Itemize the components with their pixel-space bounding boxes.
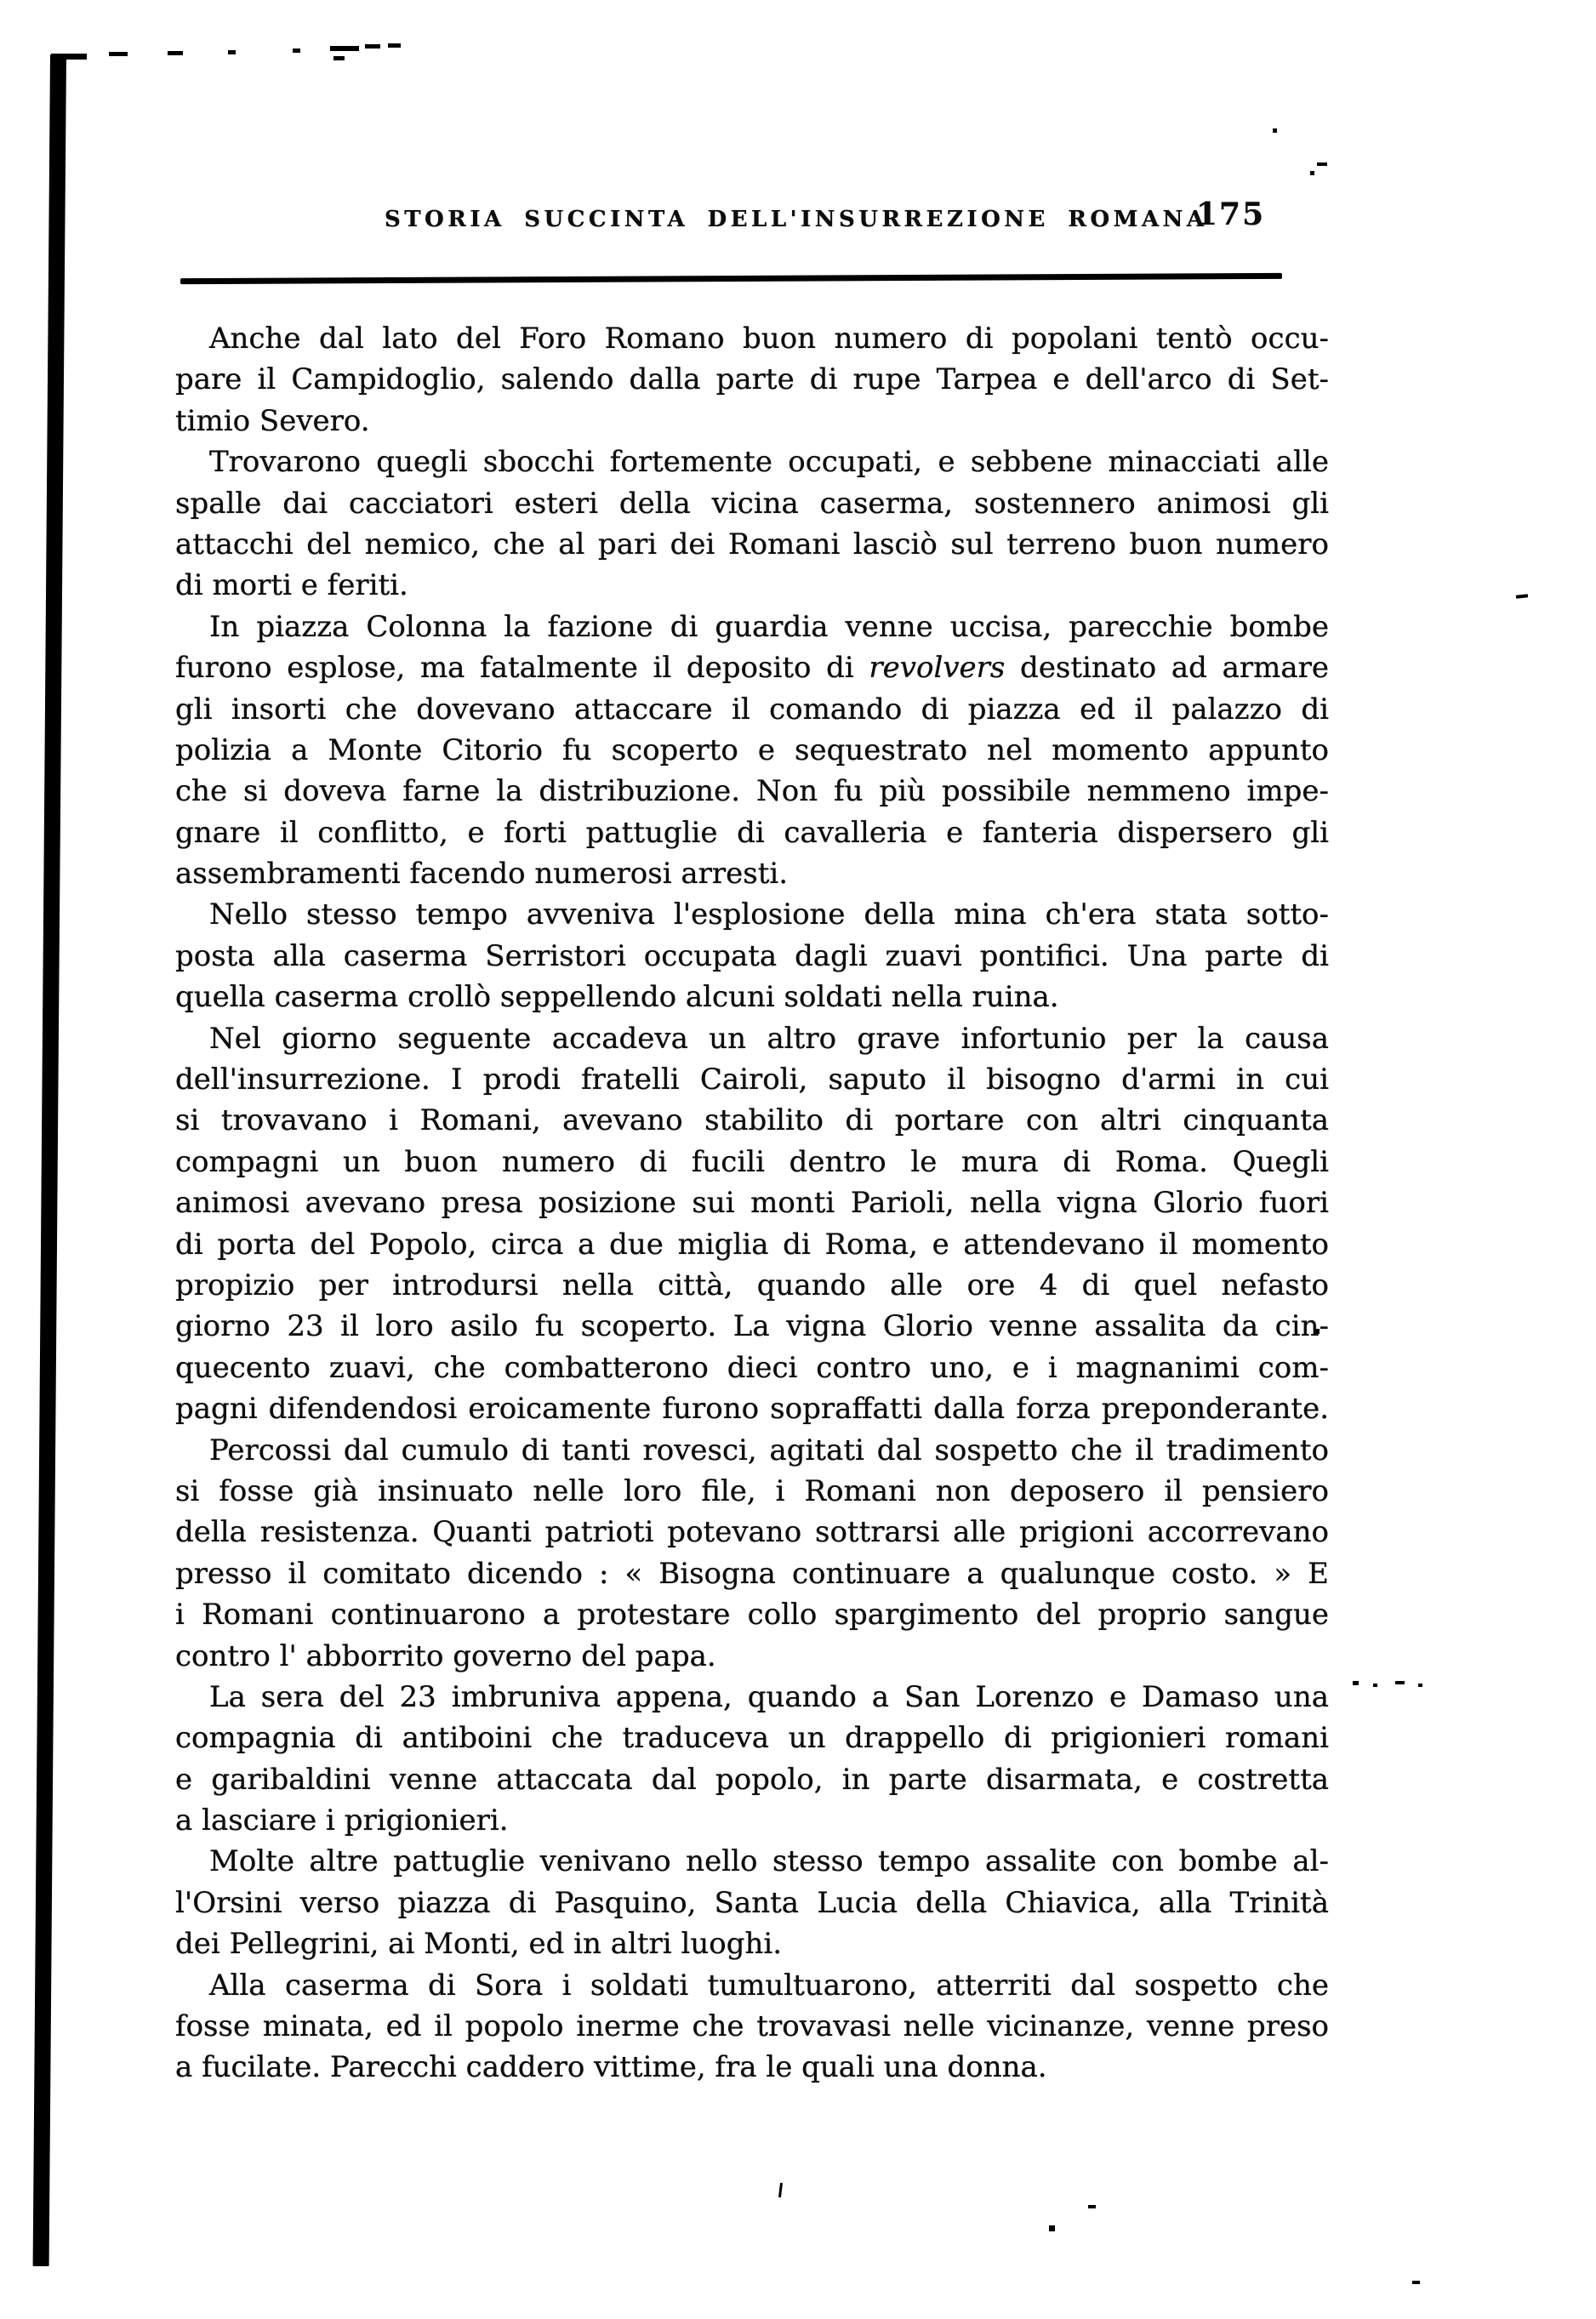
text-line: di porta del Popolo, circa a due miglia …: [175, 1224, 1329, 1265]
text-segment: a fucilate. Parecchi caddero vittime, fr…: [175, 2050, 1047, 2084]
text-segment: furono esplose, ma fatalmente il deposit…: [175, 651, 869, 685]
scan-speck: [1049, 2225, 1055, 2231]
scan-speck: [228, 50, 236, 54]
text-segment: pagni difendendosi eroicamente furono so…: [175, 1392, 1329, 1426]
text-segment: giorno 23 il loro asilo fu scoperto. La …: [175, 1309, 1329, 1343]
text-segment: spalle dai cacciatori esteri della vicin…: [175, 487, 1329, 521]
text-line: si fosse già insinuato nelle loro file, …: [175, 1471, 1329, 1512]
text-segment: compagnia di antiboini che traduceva un …: [175, 1721, 1329, 1755]
text-segment: assembramenti facendo numerosi arresti.: [175, 857, 788, 891]
text-segment: fosse minata, ed il popolo inerme che tr…: [175, 2009, 1329, 2043]
text-segment: di morti e feriti.: [175, 568, 408, 602]
text-line: i Romani continuarono a protestare collo…: [175, 1594, 1329, 1635]
text-line: che si doveva farne la distribuzione. No…: [175, 771, 1329, 812]
paragraph: Trovarono quegli sbocchi fortemente occu…: [175, 442, 1329, 607]
scan-edge-bar: [33, 54, 66, 2266]
text-segment: La sera del 23 imbruniva appena, quando …: [209, 1680, 1329, 1714]
text-line: Percossi dal cumulo di tanti rovesci, ag…: [175, 1430, 1329, 1471]
paragraph: Anche dal lato del Foro Romano buon nume…: [175, 318, 1329, 442]
text-segment: dei Pellegrini, ai Monti, ed in altri lu…: [175, 1927, 782, 1961]
text-segment: quecento zuavi, che combatterono dieci c…: [175, 1351, 1329, 1385]
text-segment: della resistenza. Quanti patrioti poteva…: [175, 1515, 1329, 1549]
text-line: contro l' abborrito governo del papa.: [175, 1636, 1329, 1677]
scan-speck: [333, 56, 345, 60]
text-segment: l'Orsini verso piazza di Pasquino, Santa…: [175, 1886, 1329, 1920]
page-text-column: Anche dal lato del Foro Romano buon nume…: [175, 318, 1329, 2088]
text-segment: e garibaldini venne attaccata dal popolo…: [175, 1763, 1329, 1797]
paragraph: La sera del 23 imbruniva appena, quando …: [175, 1677, 1329, 1842]
scan-speck: [1516, 594, 1528, 598]
text-line: posta alla caserma Serristori occupata d…: [175, 936, 1329, 977]
text-line: e garibaldini venne attaccata dal popolo…: [175, 1759, 1329, 1800]
text-line: a fucilate. Parecchi caddero vittime, fr…: [175, 2047, 1329, 2088]
scan-speck: [388, 43, 401, 48]
text-line: Nello stesso tempo avveniva l'esplosione…: [175, 894, 1329, 935]
paragraph: Nel giorno seguente accadeva un altro gr…: [175, 1018, 1329, 1430]
text-line: dei Pellegrini, ai Monti, ed in altri lu…: [175, 1923, 1329, 1964]
text-line: quecento zuavi, che combatterono dieci c…: [175, 1348, 1329, 1388]
scan-speck: [109, 52, 128, 56]
scan-speck: [168, 51, 183, 55]
text-line: compagnia di antiboini che traduceva un …: [175, 1718, 1329, 1758]
page-number: 175: [1196, 197, 1265, 232]
text-segment: contro l' abborrito governo del papa.: [175, 1639, 716, 1673]
text-segment: destinato ad armare: [1005, 651, 1329, 685]
text-segment: si trovavano i Romani, avevano stabilito…: [175, 1103, 1329, 1137]
scan-speck: [1317, 162, 1327, 166]
scan-speck: [330, 46, 359, 51]
text-line: di morti e feriti.: [175, 565, 1329, 606]
scan-speck: [51, 54, 87, 60]
text-line: pagni difendendosi eroicamente furono so…: [175, 1388, 1329, 1429]
text-segment: che si doveva farne la distribuzione. No…: [175, 774, 1329, 808]
scan-speck: [1353, 1681, 1359, 1685]
text-segment: Nel giorno seguente accadeva un altro gr…: [209, 1022, 1329, 1056]
text-segment: di porta del Popolo, circa a due miglia …: [175, 1228, 1329, 1262]
text-line: gli insorti che dovevano attaccare il co…: [175, 689, 1329, 730]
text-line: propizio per introdursi nella città, qua…: [175, 1265, 1329, 1306]
text-segment: In piazza Colonna la fazione di guardia …: [209, 610, 1329, 644]
text-line: gnare il conflitto, e forti pattuglie di…: [175, 812, 1329, 853]
text-segment: gli insorti che dovevano attaccare il co…: [175, 692, 1329, 726]
text-line: giorno 23 il loro asilo fu scoperto. La …: [175, 1306, 1329, 1347]
text-line: Trovarono quegli sbocchi fortemente occu…: [175, 442, 1329, 482]
text-line: dell'insurrezione. I prodi fratelli Cair…: [175, 1059, 1329, 1100]
text-line: assembramenti facendo numerosi arresti.: [175, 853, 1329, 894]
text-segment: gnare il conflitto, e forti pattuglie di…: [175, 816, 1329, 850]
text-line: La sera del 23 imbruniva appena, quando …: [175, 1677, 1329, 1718]
text-segment: presso il comitato dicendo : « Bisogna c…: [175, 1557, 1329, 1591]
scan-speck: [1310, 171, 1314, 175]
text-segment: animosi avevano presa posizione sui mont…: [175, 1186, 1329, 1220]
text-segment: propizio per introdursi nella città, qua…: [175, 1268, 1329, 1302]
text-line: In piazza Colonna la fazione di guardia …: [175, 607, 1329, 647]
text-segment: a lasciare i prigionieri.: [175, 1803, 509, 1838]
scan-speck: [1412, 2281, 1420, 2284]
text-line: fosse minata, ed il popolo inerme che tr…: [175, 2006, 1329, 2047]
text-line: a lasciare i prigionieri.: [175, 1800, 1329, 1841]
text-line: pare il Campidoglio, salendo dalla parte…: [175, 359, 1329, 400]
text-segment: Molte altre pattuglie venivano nello ste…: [209, 1844, 1329, 1878]
text-segment: si fosse già insinuato nelle loro file, …: [175, 1474, 1329, 1508]
scan-speck: [293, 48, 300, 53]
text-line: Anche dal lato del Foro Romano buon nume…: [175, 318, 1329, 359]
text-segment: quella caserma crollò seppellendo alcuni…: [175, 980, 1059, 1014]
text-segment: Alla caserma di Sora i soldati tumultuar…: [209, 1969, 1329, 2003]
text-segment: timio Severo.: [175, 404, 370, 438]
text-line: della resistenza. Quanti patrioti poteva…: [175, 1512, 1329, 1553]
paragraph: Nello stesso tempo avveniva l'esplosione…: [175, 894, 1329, 1017]
header-rule: [180, 273, 1282, 284]
paragraph: Alla caserma di Sora i soldati tumultuar…: [175, 1965, 1329, 2088]
text-segment: polizia a Monte Citorio fu scoperto e se…: [175, 733, 1329, 767]
text-segment: Trovarono quegli sbocchi fortemente occu…: [209, 445, 1329, 479]
italic-text: revolvers: [869, 651, 1005, 685]
scan-speck: [1395, 1681, 1405, 1684]
text-segment: compagni un buon numero di fucili dentro…: [175, 1145, 1329, 1179]
text-segment: posta alla caserma Serristori occupata d…: [175, 939, 1329, 973]
text-line: presso il comitato dicendo : « Bisogna c…: [175, 1553, 1329, 1594]
text-line: compagni un buon numero di fucili dentro…: [175, 1142, 1329, 1182]
text-line: si trovavano i Romani, avevano stabilito…: [175, 1100, 1329, 1141]
text-line: spalle dai cacciatori esteri della vicin…: [175, 483, 1329, 524]
text-segment: i Romani continuarono a protestare collo…: [175, 1598, 1329, 1632]
scan-speck: [365, 44, 380, 48]
text-segment: Nello stesso tempo avveniva l'esplosione…: [209, 897, 1329, 932]
book-page: STORIA SUCCINTA DELL'INSURREZIONE ROMANA…: [0, 0, 1596, 2319]
text-segment: pare il Campidoglio, salendo dalla parte…: [175, 362, 1329, 396]
text-line: Molte altre pattuglie venivano nello ste…: [175, 1841, 1329, 1882]
running-header-title: STORIA SUCCINTA DELL'INSURREZIONE ROMANA: [385, 207, 1208, 232]
text-segment: Anche dal lato del Foro Romano buon nume…: [209, 322, 1329, 356]
text-segment: attacchi del nemico, che al pari dei Rom…: [175, 527, 1329, 561]
text-segment: Percossi dal cumulo di tanti rovesci, ag…: [209, 1433, 1329, 1467]
text-line: furono esplose, ma fatalmente il deposit…: [175, 647, 1329, 688]
scan-speck: [1273, 128, 1277, 133]
scan-speck: [1373, 1684, 1377, 1687]
scan-speck: [1418, 1684, 1422, 1687]
text-line: animosi avevano presa posizione sui mont…: [175, 1182, 1329, 1223]
text-line: Alla caserma di Sora i soldati tumultuar…: [175, 1965, 1329, 2006]
paragraph: Percossi dal cumulo di tanti rovesci, ag…: [175, 1430, 1329, 1677]
paragraph: Molte altre pattuglie venivano nello ste…: [175, 1841, 1329, 1964]
text-line: Nel giorno seguente accadeva un altro gr…: [175, 1018, 1329, 1059]
text-line: timio Severo.: [175, 401, 1329, 442]
scan-speck: [778, 2183, 783, 2197]
text-line: attacchi del nemico, che al pari dei Rom…: [175, 524, 1329, 565]
scan-speck: [1088, 2205, 1096, 2208]
text-segment: dell'insurrezione. I prodi fratelli Cair…: [175, 1063, 1329, 1097]
text-line: polizia a Monte Citorio fu scoperto e se…: [175, 730, 1329, 771]
text-line: l'Orsini verso piazza di Pasquino, Santa…: [175, 1883, 1329, 1923]
text-line: quella caserma crollò seppellendo alcuni…: [175, 977, 1329, 1017]
paragraph: In piazza Colonna la fazione di guardia …: [175, 607, 1329, 895]
